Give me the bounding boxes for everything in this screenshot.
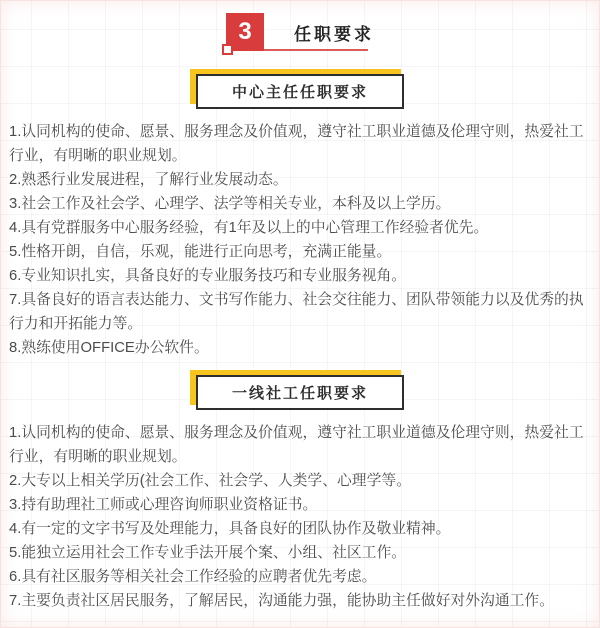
section-title-box: 一线社工任职要求 xyxy=(196,375,404,410)
requirement-item: 3.社会工作及社会学、心理学、法学等相关专业，本科及以上学历。 xyxy=(9,192,591,216)
requirement-item: 7.主要负责社区居民服务，了解居民，沟通能力强，能协助主任做好对外沟通工作。 xyxy=(9,589,591,613)
section-body: 1.认同机构的使命、愿景、服务理念及价值观，遵守社工职业道德及伦理守则，热爱社工… xyxy=(0,421,600,613)
requirement-item: 5.性格开朗，自信，乐观，能进行正向思考，充满正能量。 xyxy=(9,240,591,264)
section-center-director: 中心主任任职要求 1.认同机构的使命、愿景、服务理念及价值观，遵守社工职业道德及… xyxy=(0,74,600,360)
section-title: 中心主任任职要求 xyxy=(196,74,404,109)
requirement-item: 6.专业知识扎实，具备良好的专业服务技巧和专业服务视角。 xyxy=(9,264,591,288)
section-frontline-worker: 一线社工任职要求 1.认同机构的使命、愿景、服务理念及价值观，遵守社工职业道德及… xyxy=(0,375,600,613)
requirement-item: 3.持有助理社工师或心理咨询师职业资格证书。 xyxy=(9,493,591,517)
requirement-item: 5.能独立运用社会工作专业手法开展个案、小组、社区工作。 xyxy=(9,541,591,565)
requirement-item: 4.具有党群服务中心服务经验，有1年及以上的中心管理工作经验者优先。 xyxy=(9,216,591,240)
section-title: 一线社工任职要求 xyxy=(196,375,404,410)
requirement-item: 4.有一定的文字书写及处理能力，具备良好的团队协作及敬业精神。 xyxy=(9,517,591,541)
requirement-item: 2.熟悉行业发展进程，了解行业发展动态。 xyxy=(9,168,591,192)
requirement-item: 1.认同机构的使命、愿景、服务理念及价值观，遵守社工职业道德及伦理守则，热爱社工… xyxy=(9,120,591,168)
requirement-item: 8.熟练使用OFFICE办公软件。 xyxy=(9,336,591,360)
document-page: 3 任职要求 中心主任任职要求 1.认同机构的使命、愿景、服务理念及价值观，遵守… xyxy=(0,0,600,628)
section-body: 1.认同机构的使命、愿景、服务理念及价值观，遵守社工职业道德及伦理守则，热爱社工… xyxy=(0,120,600,360)
section-title-box: 中心主任任职要求 xyxy=(196,74,404,109)
requirement-item: 7.具备良好的语言表达能力、文书写作能力、社会交往能力、团队带领能力以及优秀的执… xyxy=(9,288,591,336)
requirement-item: 6.具有社区服务等相关社会工作经验的应聘者优先考虑。 xyxy=(9,565,591,589)
corner-square-decoration xyxy=(222,44,233,55)
requirement-item: 2.大专以上相关学历(社会工作、社会学、人类学、心理学等。 xyxy=(9,469,591,493)
requirement-item: 1.认同机构的使命、愿景、服务理念及价值观，遵守社工职业道德及伦理守则，热爱社工… xyxy=(9,421,591,469)
page-header: 3 任职要求 xyxy=(226,13,374,51)
page-title: 任职要求 xyxy=(294,20,374,45)
